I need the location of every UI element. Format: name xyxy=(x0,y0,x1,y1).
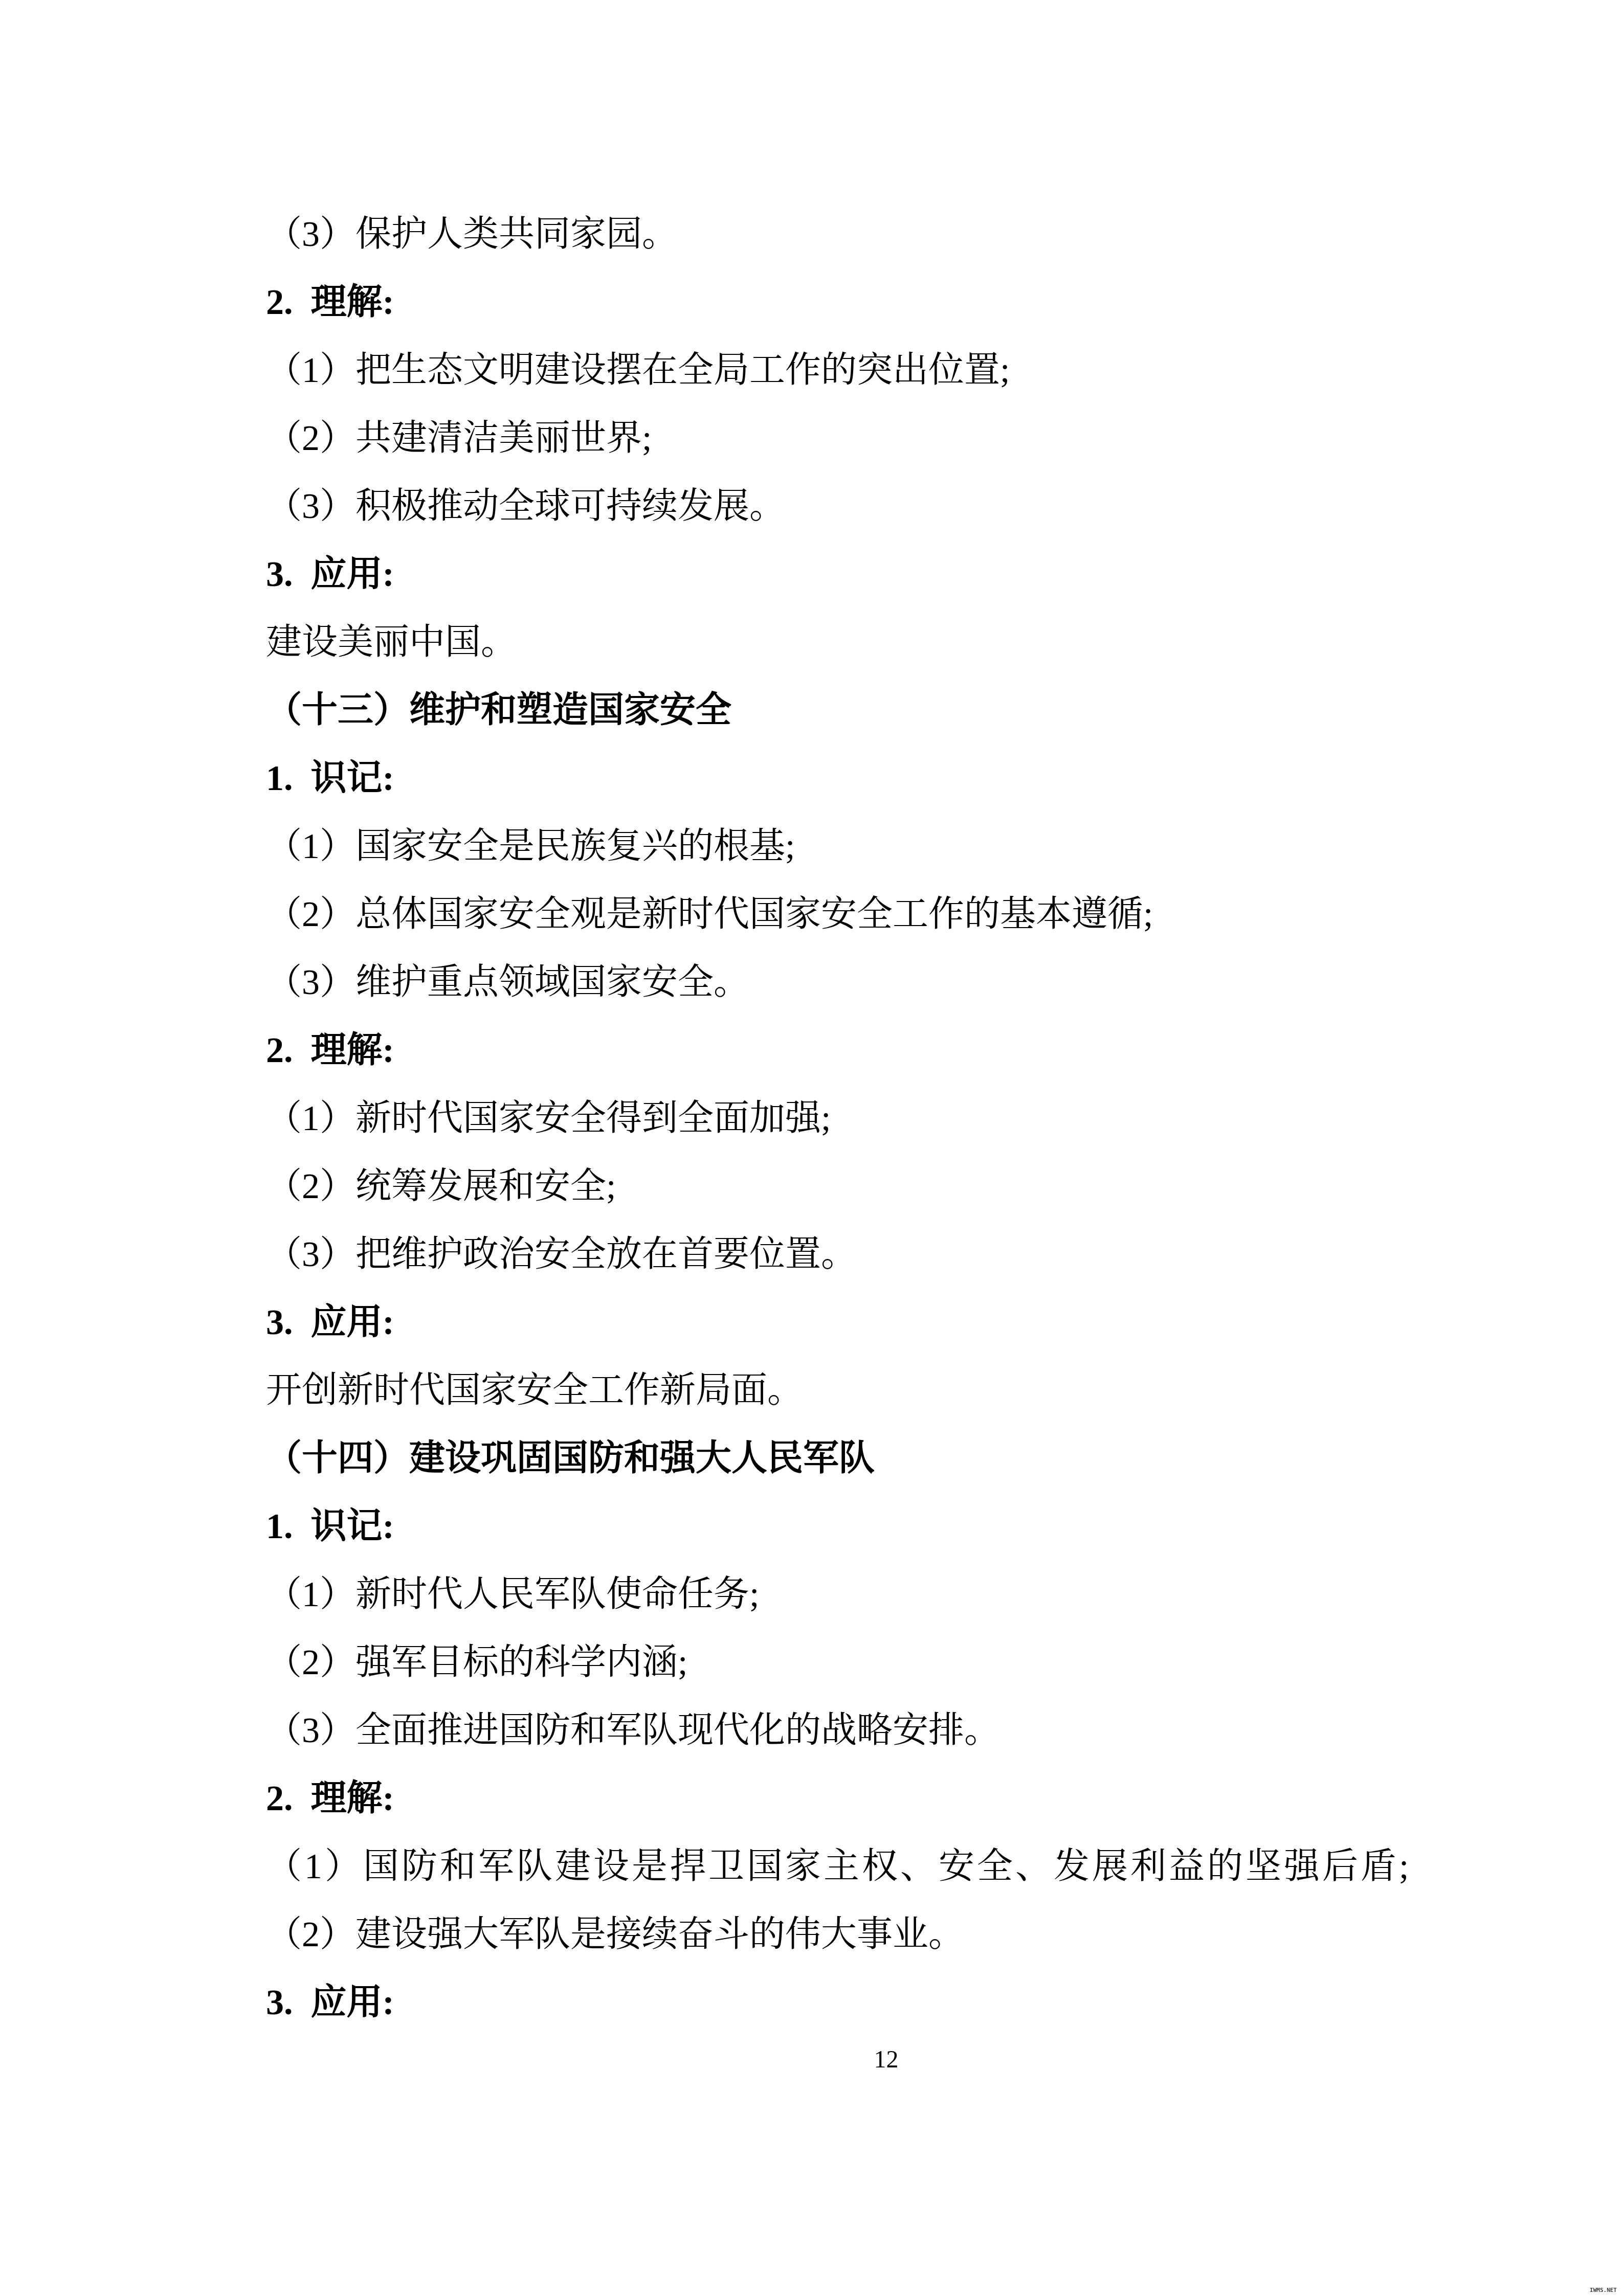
list-label-apply: 3. 应用: xyxy=(266,1969,1506,2037)
text-line: （1）国家安全是民族复兴的根基; xyxy=(266,813,1506,881)
text-line: （2）强军目标的科学内涵; xyxy=(266,1629,1506,1697)
text-line: （1）国防和军队建设是捍卫国家主权、安全、发展利益的坚强后盾; xyxy=(266,1833,1506,1901)
text-line: （1）新时代国家安全得到全面加强; xyxy=(266,1085,1506,1153)
text-line: （3）把维护政治安全放在首要位置。 xyxy=(266,1221,1506,1289)
text-line: （3）维护重点领域国家安全。 xyxy=(266,949,1506,1017)
text-line: （2）统筹发展和安全; xyxy=(266,1153,1506,1221)
text-line: （1）新时代人民军队使命任务; xyxy=(266,1561,1506,1629)
watermark: IWMS.NET xyxy=(1590,2287,1617,2293)
text-line: （3）全面推进国防和军队现代化的战略安排。 xyxy=(266,1697,1506,1765)
text-line: （3）保护人类共同家园。 xyxy=(266,200,1506,268)
list-label-understand: 2. 理解: xyxy=(266,1765,1506,1833)
document-page: （3）保护人类共同家园。 2. 理解: （1）把生态文明建设摆在全局工作的突出位… xyxy=(0,0,1624,2296)
page-content: （3）保护人类共同家园。 2. 理解: （1）把生态文明建设摆在全局工作的突出位… xyxy=(0,0,1624,2073)
section-heading-13: （十三）维护和塑造国家安全 xyxy=(266,677,1506,745)
page-number: 12 xyxy=(266,2047,1506,2073)
text-line: （3）积极推动全球可持续发展。 xyxy=(266,472,1506,541)
text-line: 开创新时代国家安全工作新局面。 xyxy=(266,1357,1506,1425)
section-heading-14: （十四）建设巩固国防和强大人民军队 xyxy=(266,1425,1506,1493)
text-line: 建设美丽中国。 xyxy=(266,609,1506,677)
text-line: （1）把生态文明建设摆在全局工作的突出位置; xyxy=(266,336,1506,404)
text-line: （2）建设强大军队是接续奋斗的伟大事业。 xyxy=(266,1901,1506,1969)
list-label-memorize: 1. 识记: xyxy=(266,1493,1506,1561)
text-line: （2）总体国家安全观是新时代国家安全工作的基本遵循; xyxy=(266,881,1506,949)
list-label-apply: 3. 应用: xyxy=(266,1289,1506,1357)
list-label-understand: 2. 理解: xyxy=(266,268,1506,336)
list-label-understand: 2. 理解: xyxy=(266,1017,1506,1085)
text-line: （2）共建清洁美丽世界; xyxy=(266,404,1506,472)
list-label-memorize: 1. 识记: xyxy=(266,745,1506,813)
list-label-apply: 3. 应用: xyxy=(266,541,1506,609)
